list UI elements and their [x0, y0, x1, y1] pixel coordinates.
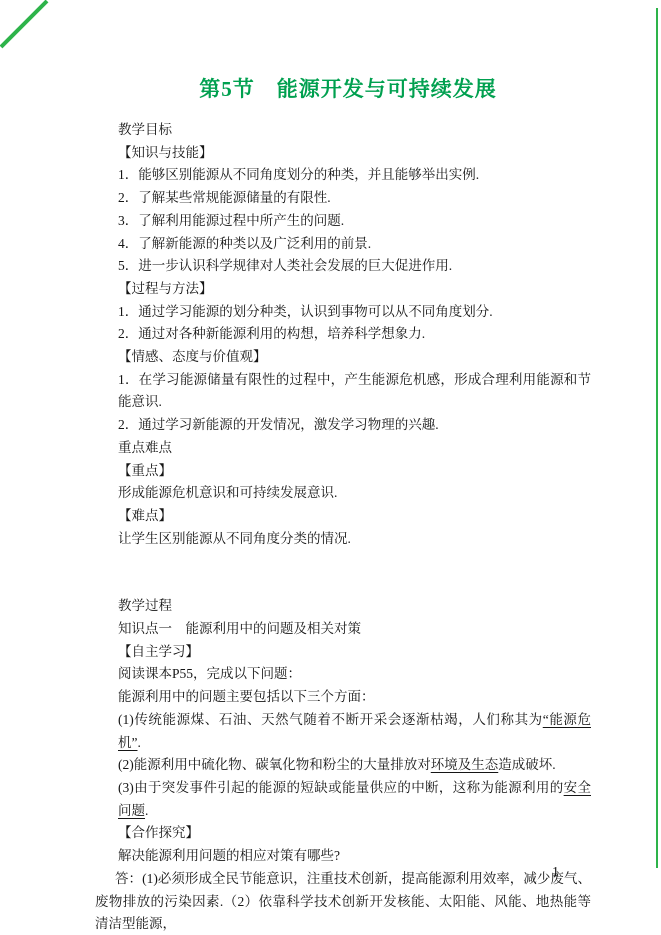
- problem-item-text: (1)传统能源煤、石油、天然气随着不断开采会逐渐枯竭，人们称其为: [118, 712, 543, 727]
- emotion-values-item: 2．通过学习新能源的开发情况，激发学习物理的兴趣.: [118, 414, 591, 437]
- document-body: 教学目标 【知识与技能】 1．能够区别能源从不同角度划分的种类，并且能够举出实例…: [0, 119, 661, 935]
- self-study-heading: 【自主学习】: [118, 641, 591, 664]
- problem-item-text: (3)由于突发事件引起的能源的短缺或能量供应的中断，这称为能源利用的: [118, 780, 564, 795]
- page-border-right-decoration: [656, 8, 658, 868]
- self-study-intro: 阅读课本P55，完成以下问题：: [118, 663, 591, 686]
- corner-diagonal-line: [1, 1, 47, 47]
- section-gap: [95, 550, 591, 595]
- document-page: 第5节 能源开发与可持续发展 教学目标 【知识与技能】 1．能够区别能源从不同角…: [0, 0, 661, 935]
- knowledge-skills-item: 1．能够区别能源从不同角度划分的种类，并且能够举出实例.: [118, 164, 591, 187]
- process-methods-heading: 【过程与方法】: [118, 278, 591, 301]
- fill-in-blank-answer: 环境及生态: [431, 757, 499, 772]
- key-point-text: 形成能源危机意识和可持续发展意识.: [118, 482, 591, 505]
- objectives-heading: 教学目标: [118, 119, 591, 142]
- difficult-point-heading: 【难点】: [118, 505, 591, 528]
- teaching-process-heading: 教学过程: [118, 595, 591, 618]
- cooperation-answer: 答：(1)必须形成全民节能意识，注重技术创新，提高能源利用效率，减少废气、废物排…: [95, 868, 591, 935]
- difficult-point-text: 让学生区别能源从不同角度分类的情况.: [118, 528, 591, 551]
- knowledge-skills-item: 4．了解新能源的种类以及广泛利用的前景.: [118, 233, 591, 256]
- knowledge-skills-item: 5．进一步认识科学规律对人类社会发展的巨大促进作用.: [118, 255, 591, 278]
- corner-fold-decoration: [0, 0, 52, 52]
- knowledge-skills-heading: 【知识与技能】: [118, 142, 591, 165]
- problems-intro: 能源利用中的问题主要包括以下三个方面：: [118, 686, 591, 709]
- problem-item-text: (2)能源利用中硫化物、碳氧化物和粉尘的大量排放对: [118, 757, 431, 772]
- page-number: 1: [552, 864, 559, 882]
- problem-item: (1)传统能源煤、石油、天然气随着不断开采会逐渐枯竭，人们称其为“能源危机”.: [118, 709, 591, 754]
- knowledge-skills-item: 3．了解利用能源过程中所产生的问题.: [118, 210, 591, 233]
- problem-item-suffix: .: [145, 803, 148, 818]
- emotion-values-item: 1．在学习能源储量有限性的过程中，产生能源危机感，形成合理利用能源和节能意识.: [118, 369, 591, 414]
- knowledge-point-heading: 知识点一 能源利用中的问题及相关对策: [118, 618, 591, 641]
- problem-item: (3)由于突发事件引起的能源的短缺或能量供应的中断，这称为能源利用的安全问题.: [118, 777, 591, 822]
- key-point-heading: 【重点】: [118, 460, 591, 483]
- cooperation-question: 解决能源利用问题的相应对策有哪些?: [118, 845, 591, 868]
- process-methods-item: 2．通过对各种新能源利用的构想，培养科学想象力.: [118, 323, 591, 346]
- process-methods-item: 1．通过学习能源的划分种类，认识到事物可以从不同角度划分.: [118, 301, 591, 324]
- key-difficult-heading: 重点难点: [118, 437, 591, 460]
- problem-item: (2)能源利用中硫化物、碳氧化物和粉尘的大量排放对环境及生态造成破坏.: [118, 754, 591, 777]
- problem-item-suffix: 造成破坏.: [498, 757, 555, 772]
- cooperation-heading: 【合作探究】: [118, 822, 591, 845]
- emotion-values-heading: 【情感、态度与价值观】: [118, 346, 591, 369]
- page-title: 第5节 能源开发与可持续发展: [0, 76, 661, 103]
- problem-item-suffix: .: [138, 735, 141, 750]
- knowledge-skills-item: 2．了解某些常规能源储量的有限性.: [118, 187, 591, 210]
